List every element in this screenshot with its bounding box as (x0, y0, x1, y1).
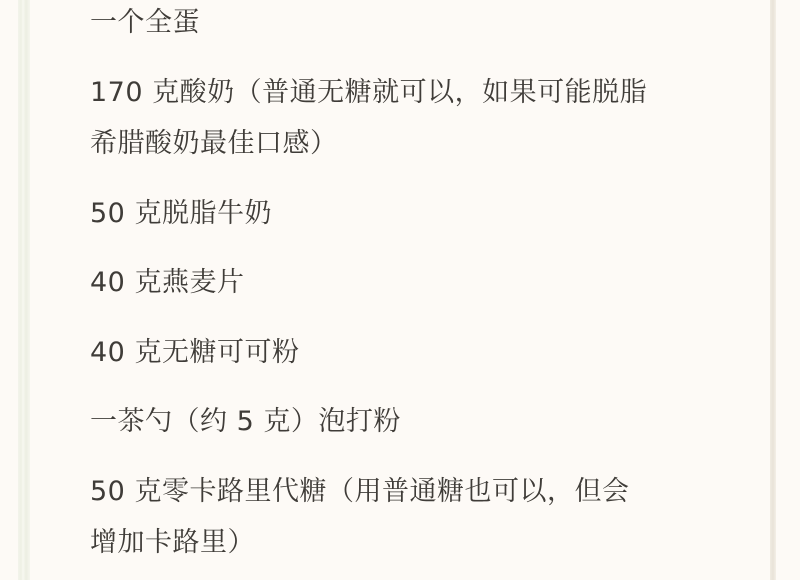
ingredient-cocoa: 40 克无糖可可粉 (90, 334, 299, 372)
ingredient-oats: 40 克燕麦片 (90, 264, 244, 302)
ingredient-sweetener-note: 增加卡路里） (90, 524, 255, 562)
ingredient-yogurt: 170 克酸奶（普通无糖就可以，如果可能脱脂 (90, 74, 647, 112)
page-right-border (770, 0, 776, 580)
page-left-border (18, 0, 30, 580)
ingredient-sweetener: 50 克零卡路里代糖（用普通糖也可以，但会 (90, 473, 629, 511)
ingredient-baking-powder: 一茶勺（约 5 克）泡打粉 (90, 403, 401, 441)
ingredient-milk: 50 克脱脂牛奶 (90, 195, 272, 233)
ingredient-yogurt-note: 希腊酸奶最佳口感） (90, 125, 338, 163)
ingredient-egg: 一个全蛋 (90, 4, 200, 42)
